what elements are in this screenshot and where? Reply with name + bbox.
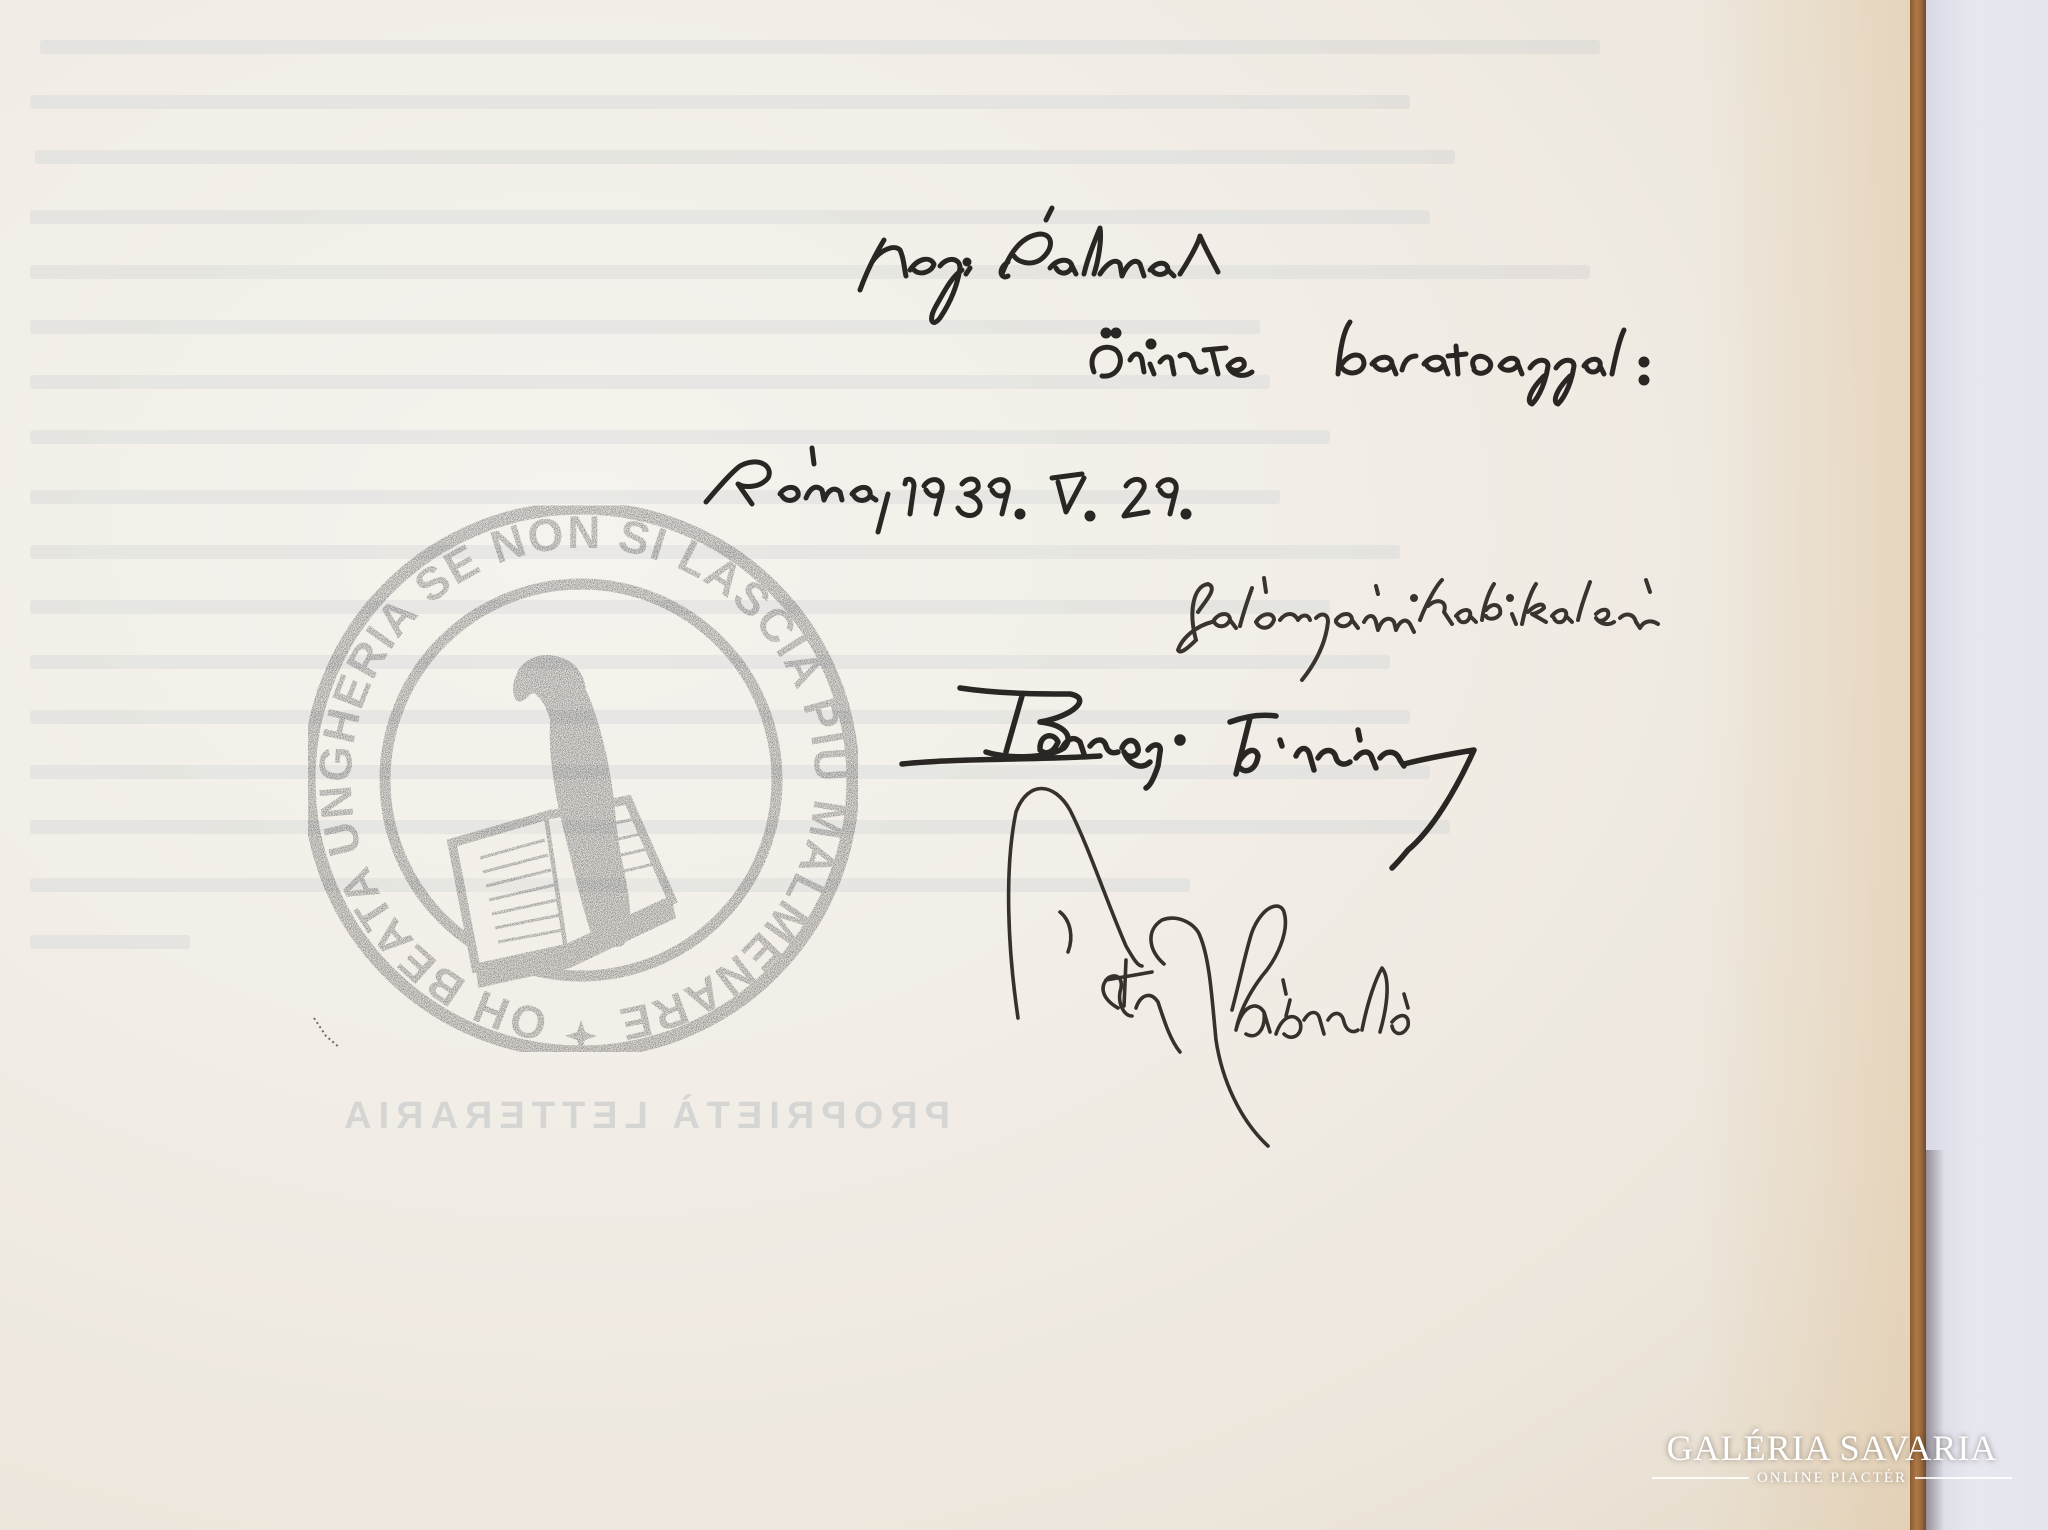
- watermark-brand: GALÉRIA SAVARIA: [1652, 1428, 2012, 1468]
- watermark-logo: GALÉRIA SAVARIA ONLINE PIACTÉR: [1652, 1428, 2012, 1486]
- dedication-place-date: [706, 448, 1189, 532]
- watermark-rule-left: [1652, 1477, 1749, 1479]
- pencil-smudge: [314, 1018, 340, 1048]
- handwriting-layer: [0, 0, 2048, 1530]
- signature-1: [1178, 578, 1658, 680]
- dedication-line-1: [860, 208, 1218, 322]
- signature-3: [1009, 789, 1409, 1147]
- watermark-tagline: ONLINE PIACTÉR: [1757, 1470, 1907, 1486]
- signature-2: [902, 688, 1474, 868]
- watermark-rule-right: [1915, 1477, 2012, 1479]
- dedication-line-2: [1092, 322, 1647, 404]
